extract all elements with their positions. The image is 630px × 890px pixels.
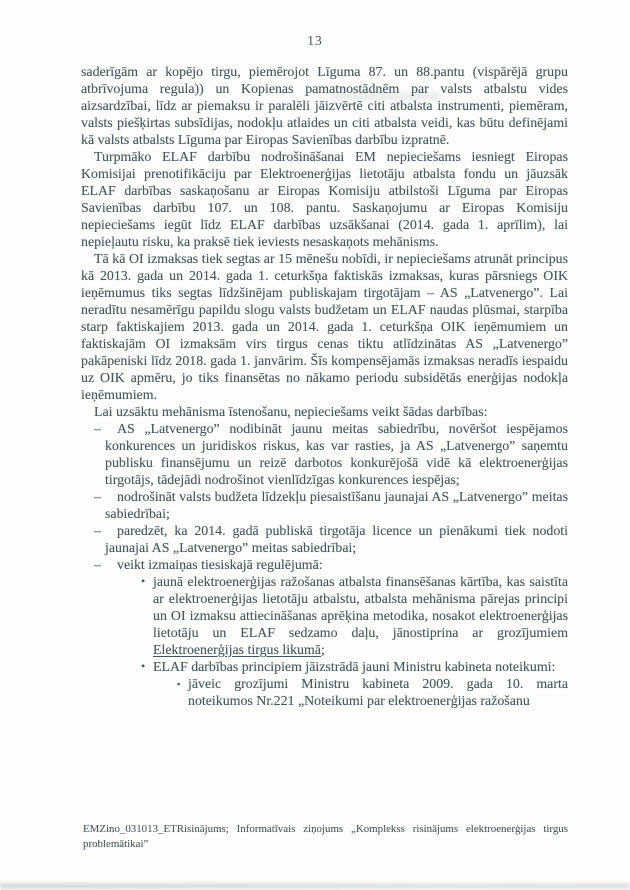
bullet-marker: • (141, 658, 145, 675)
paragraph-state-aid: saderīgām ar kopējo tirgu, piemērojot Lī… (81, 64, 568, 149)
list-item-text: paredzēt, ka 2014. gadā publiskā tirgotā… (105, 524, 568, 556)
document-page: 13 saderīgām ar kopējo tirgu, piemērojot… (0, 0, 630, 890)
dash-marker: – (94, 557, 101, 574)
footer-reference-note: EMZino_031013_ETRisinājums; Informatīvai… (83, 822, 568, 851)
document-body: saderīgām ar kopējo tirgu, piemērojot Lī… (81, 64, 568, 710)
dash-list-item-legal-changes: – veikt izmaiņas tiesiskajā regulējumā: (81, 557, 568, 574)
bullet-marker: • (141, 573, 145, 590)
list-intro: Lai uzsāktu mehānisma īstenošanu, nepiec… (81, 404, 568, 421)
bullet-list-item-financing-order: •jaunā elektroenerģijas ražošanas atbals… (81, 574, 568, 659)
list-item-text: jaunā elektroenerģijas ražošanas atbalst… (153, 575, 568, 641)
list-item-text: AS „Latvenergo” nodibināt jaunu meitas s… (105, 422, 568, 488)
square-bullet-marker: ▪ (177, 676, 180, 693)
square-list-item-amendments: ▪jāveic grozījumi Ministru kabineta 2009… (81, 676, 568, 710)
dash-list-item-subsidiary: – AS „Latvenergo” nodibināt jaunu meitas… (81, 421, 568, 489)
list-item-text: nodrošināt valsts budžeta līdzekļu piesa… (105, 490, 568, 522)
list-item-text: jāveic grozījumi Ministru kabineta 2009.… (188, 677, 568, 709)
dash-list-item-budget-funds: – nodrošināt valsts budžeta līdzekļu pie… (81, 489, 568, 523)
scan-artifact-bottom-edge (0, 883, 630, 889)
underlined-law-title: Elektroenerģijas tirgus likumā (153, 643, 321, 658)
dash-marker: – (94, 489, 101, 506)
dash-marker: – (94, 421, 101, 438)
dash-list-item-licence: – paredzēt, ka 2014. gadā publiskā tirgo… (81, 523, 568, 557)
dash-marker: – (94, 523, 101, 540)
page-number: 13 (0, 33, 630, 49)
bullet-list-item-cabinet-rules: •ELAF darbības principiem jāizstrādā jau… (81, 659, 568, 676)
list-item-text: veikt izmaiņas tiesiskajā regulējumā: (105, 558, 323, 573)
paragraph-oi-costs: Tā kā OI izmaksas tiek segtas ar 15 mēne… (81, 251, 568, 404)
list-item-text: ELAF darbības principiem jāizstrādā jaun… (153, 660, 555, 675)
paragraph-elaf-notification: Turpmāko ELAF darbību nodrošināšanai EM … (81, 149, 568, 251)
list-item-text-tail: ; (321, 643, 325, 658)
